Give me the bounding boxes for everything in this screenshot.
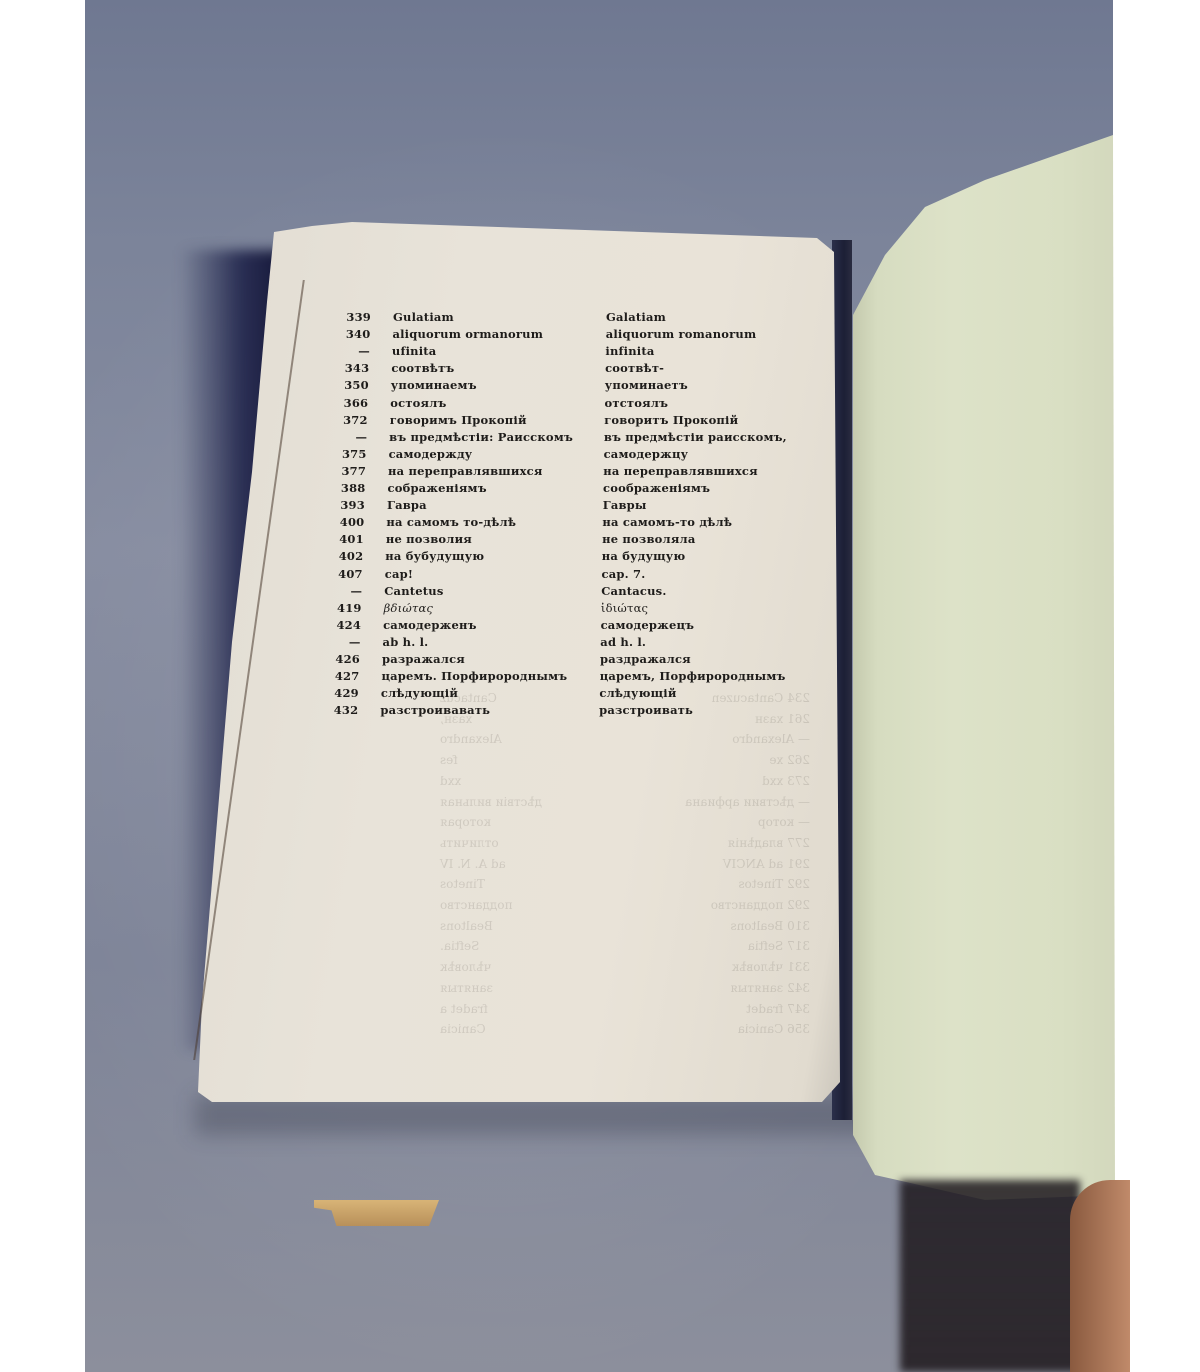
page-number: 340 bbox=[325, 327, 370, 341]
page-number: 424 bbox=[316, 618, 361, 632]
misprint-text: Cantetus bbox=[384, 584, 443, 598]
page-number: 426 bbox=[315, 652, 360, 666]
page-number: 401 bbox=[319, 532, 364, 546]
page-number: 372 bbox=[323, 413, 368, 427]
misprint-text: aliquorum ormanorum bbox=[392, 327, 543, 341]
correction-text: на переправлявшихся bbox=[603, 464, 758, 478]
correction-text: соотвѣт- bbox=[605, 361, 664, 375]
misprint-text: βδιώτας bbox=[384, 601, 433, 615]
page-number: 343 bbox=[324, 361, 369, 375]
correction-text: Galatiam bbox=[606, 310, 666, 324]
correction-text: aliquorum romanorum bbox=[606, 327, 757, 341]
book-cover-corner bbox=[900, 1180, 1080, 1372]
misprint-text: соотвѣтъ bbox=[391, 361, 454, 375]
page-number: 407 bbox=[318, 567, 363, 581]
correction-text: Cantacus. bbox=[601, 584, 666, 598]
bleed-through-left: Cantacuz xазн, Alexandro fes xxd дѣствіи… bbox=[440, 688, 560, 1040]
misprint-text: сображеніямъ bbox=[388, 481, 487, 495]
page-number: — bbox=[322, 430, 367, 444]
correction-text: ἰδιώτας bbox=[601, 601, 648, 615]
page-number: 393 bbox=[320, 498, 365, 512]
misprint-text: упоминаемъ bbox=[391, 378, 477, 392]
page-number: 350 bbox=[324, 378, 369, 392]
misprint-text: остоялъ bbox=[390, 396, 446, 410]
page-number: 377 bbox=[321, 464, 366, 478]
page-number: 429 bbox=[314, 686, 359, 700]
page-number: — bbox=[317, 584, 362, 598]
misprint-text: не позволия bbox=[386, 532, 472, 546]
correction-text: слѣдующій bbox=[599, 686, 676, 700]
bleed-through-right: 234 Cantacuzen 261 xазн — Alexandro 262 … bbox=[610, 688, 810, 1040]
misprint-text: Gulatiam bbox=[393, 310, 454, 324]
page-number: — bbox=[316, 635, 361, 649]
correction-text: самодержцу bbox=[604, 447, 689, 461]
correction-text: отстоялъ bbox=[605, 396, 669, 410]
correction-text: infinita bbox=[605, 344, 654, 358]
page-number: 339 bbox=[326, 310, 371, 324]
page-number: 388 bbox=[321, 481, 366, 495]
page-number: 400 bbox=[319, 515, 364, 529]
correction-text: говоритъ Прокопій bbox=[604, 413, 738, 427]
misprint-text: слѣдующій bbox=[381, 686, 458, 700]
correction-text: упоминаетъ bbox=[605, 378, 688, 392]
page-number: 366 bbox=[323, 396, 368, 410]
page-number: 427 bbox=[314, 669, 359, 683]
misprint-text: на переправлявшихся bbox=[388, 464, 543, 478]
misprint-text: разстроивавать bbox=[380, 703, 490, 717]
page-number: 375 bbox=[322, 447, 367, 461]
page-number: 402 bbox=[318, 549, 363, 563]
correction-text: самодержецъ bbox=[601, 618, 695, 632]
correction-text: на будущую bbox=[602, 549, 686, 563]
correction-text: соображеніямъ bbox=[603, 481, 710, 495]
right-page-green bbox=[845, 135, 1115, 1200]
page-number: 432 bbox=[313, 703, 358, 717]
correction-text: раздражался bbox=[600, 652, 691, 666]
misprint-text: на бубудущую bbox=[385, 549, 484, 563]
misprint-text: ufinita bbox=[392, 344, 437, 358]
misprint-text: царемъ. Порфиророднымъ bbox=[381, 669, 567, 683]
page-number: — bbox=[325, 344, 370, 358]
misprint-text: на самомъ то-дѣлѣ bbox=[386, 515, 516, 529]
correction-text: Гавры bbox=[603, 498, 647, 512]
misprint-text: cap! bbox=[385, 567, 413, 581]
correction-text: на самомъ-то дѣлѣ bbox=[602, 515, 732, 529]
misprint-text: разражался bbox=[382, 652, 465, 666]
misprint-text: говоримъ Прокопій bbox=[390, 413, 527, 427]
page-number: 419 bbox=[317, 601, 362, 615]
misprint-text: въ предмѣстіи: Раисскомъ bbox=[389, 430, 573, 444]
misprint-text: самодерженъ bbox=[383, 618, 477, 632]
correction-text: cap. 7. bbox=[602, 567, 646, 581]
correction-text: ad h. l. bbox=[600, 635, 646, 649]
hand-holding-book bbox=[1070, 1180, 1130, 1372]
correction-text: разстроивать bbox=[599, 703, 693, 717]
misprint-text: самодержду bbox=[389, 447, 473, 461]
correction-text: не позволяла bbox=[602, 532, 695, 546]
correction-text: царемъ, Порфиророднымъ bbox=[600, 669, 786, 683]
misprint-text: Гавра bbox=[387, 498, 427, 512]
misprint-text: ab h. l. bbox=[383, 635, 429, 649]
correction-text: въ предмѣстіи раисскомъ, bbox=[604, 430, 787, 444]
